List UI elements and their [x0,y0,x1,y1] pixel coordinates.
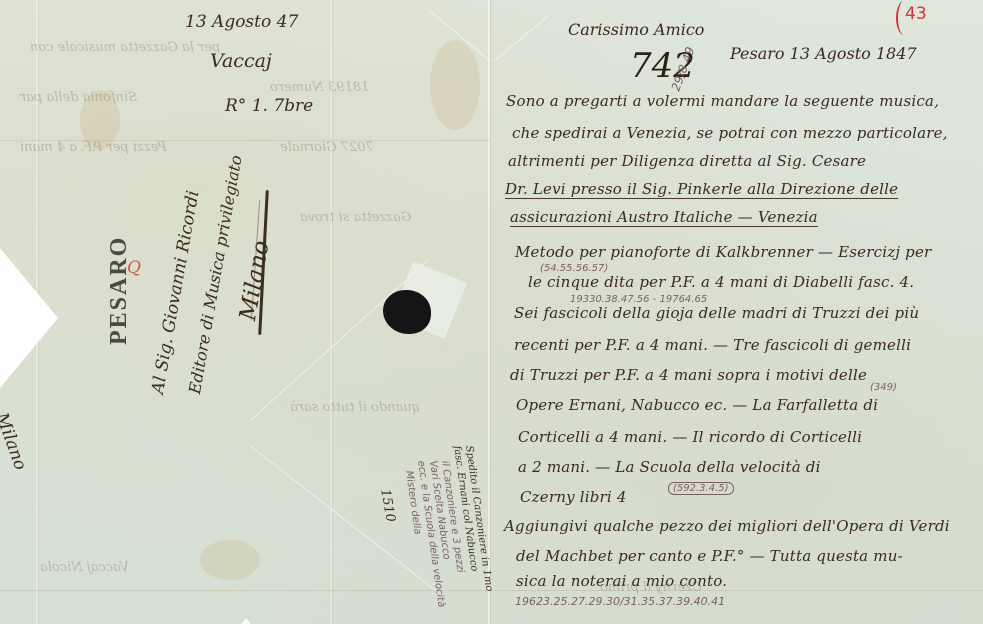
flap-crease [250,259,429,420]
place-date: Pesaro 13 Agosto 1847 [730,44,917,63]
letter-line: recenti per P.F. a 4 mani. — Tre fascico… [514,336,911,354]
pencil-annotation: (349) [870,382,897,393]
pesaro-postmark: PESARO [106,236,133,345]
bleed-through-text: 18193 Numero [270,80,369,95]
left-edge-note: Milano [0,410,30,473]
center-fold [488,0,490,624]
torn-notch [0,248,58,388]
archive-bracket [896,1,912,35]
letter-line: Aggiungivi qualche pezzo dei migliori de… [504,517,950,535]
torn-notch [238,618,254,628]
letter-line: Czerny libri 4 [520,488,627,506]
flap-crease [495,15,549,61]
letter-line: sica la noterai a mio conto. [516,572,727,590]
letter-line: che spedirai a Venezia, se potrai con me… [512,124,948,142]
letter-sheet: per la Gazzetta musicale con Sinfonia de… [0,0,983,624]
docket-sender: Vaccaj [210,50,272,72]
bleed-through-text: Sinfonia della par [20,90,137,105]
letter-line: assicurazioni Austro Italiche — Venezia [510,208,818,227]
letter-line: Sono a pregarti a volermi mandare la seg… [506,92,939,110]
docket-reply: R° 1. 7bre [225,96,313,116]
recipient-line-2: Editore di Musica privilegiato [185,154,246,396]
docket-date: 13 Agosto 47 [185,12,298,32]
bleed-through-text: 7027 Giornale [280,140,374,155]
letter-line: a 2 mani. — La Scuola della velocità di [518,458,821,476]
bleed-through-text: quando il tutto sarà [290,400,420,415]
pencil-annotation: (592.3.4.5) [668,482,734,495]
letter-line: di Truzzi per P.F. a 4 mani sopra i moti… [510,366,867,384]
pencil-annotation-footer: 19623.25.27.29.30/31.35.37.39.40.41 [515,595,725,608]
bleed-through-text: Pezzi per P.F. a 4 mani [20,140,167,155]
wax-seal [383,290,431,334]
bleed-through-text: Vaccaj Nicola [40,560,129,575]
letter-line: Dr. Levi presso il Sig. Pinkerle alla Di… [505,180,898,199]
flap-number: 1510 [377,488,398,523]
bleed-through-text: Gazzetta si trova [300,210,411,225]
salutation: Carissimo Amico [568,20,704,39]
letter-line: Sei fascicoli della gioja delle madri di… [514,304,919,322]
letter-line: Opere Ernani, Nabucco ec. — La Farfallet… [516,396,878,414]
bleed-through-text: per la Gazzetta musicale con [30,40,220,55]
letter-line: le cinque dita per P.F. a 4 mani di Diab… [528,273,914,291]
foxing-stain [430,40,480,130]
red-postal-mark: Q [127,258,141,278]
letter-line: del Machbet per canto e P.F.° — Tutta qu… [516,547,903,565]
foxing-stain [200,540,260,580]
archive-number: 43 [905,4,927,24]
letter-line: Metodo per pianoforte di Kalkbrenner — E… [515,243,931,261]
letter-line: altrimenti per Diligenza diretta al Sig.… [508,152,866,170]
letter-line: Corticelli a 4 mani. — Il ricordo di Cor… [518,428,862,446]
